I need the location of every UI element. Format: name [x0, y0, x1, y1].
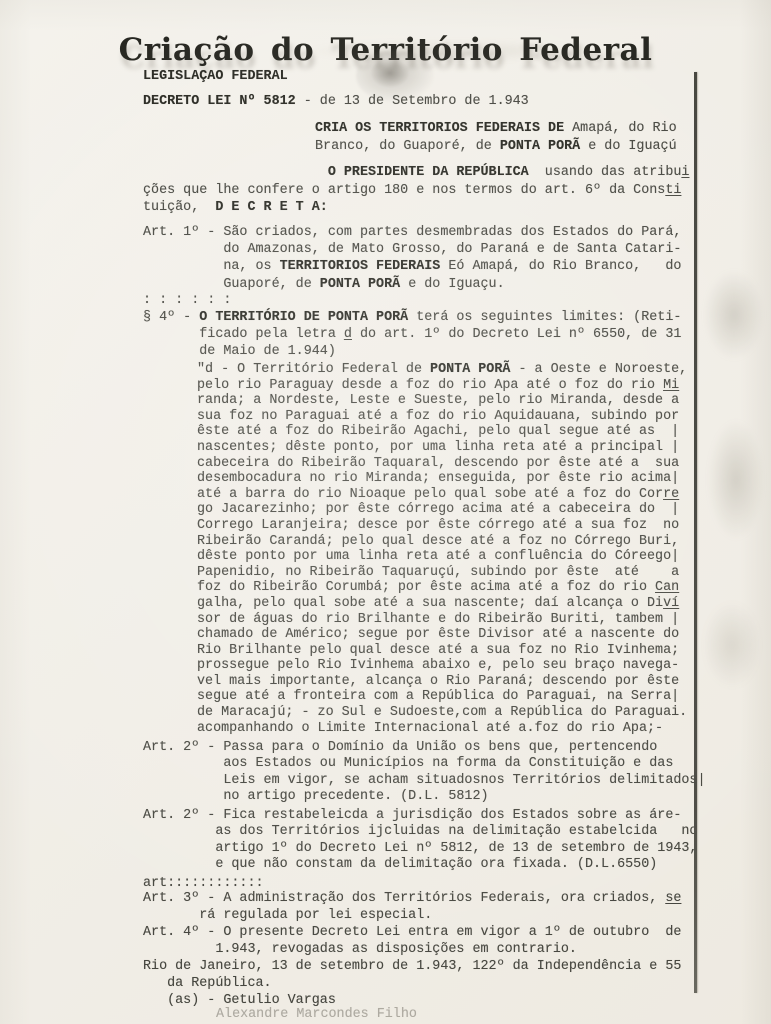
text-line: acompanhando o Limite Internacional até …: [197, 721, 687, 737]
text-segment: e do Iguaçú: [580, 139, 676, 154]
text-line: foz do Ribeirão Corumbá; por êste acima …: [197, 580, 687, 596]
text-segment: Art. 3º - A administração dos Território…: [143, 891, 665, 906]
emphasized-text: PONTA PORÃ: [320, 277, 400, 292]
text-line: cabeceira do Ribeirão Taquaral, descendo…: [197, 456, 687, 472]
underlined-text: ti: [665, 183, 681, 198]
text-line: tuição, D E C R E T A:: [143, 199, 689, 217]
text-line: : : : : : :: [143, 292, 231, 309]
text-line: nascentes; dêste ponto, por uma linha re…: [197, 440, 687, 456]
text-line: Papenidio, no Ribeirão Taquaruçú, subind…: [197, 565, 687, 581]
text-line: e que não constam da delimitação ora fix…: [143, 857, 697, 873]
underlined-text: Mi: [663, 378, 679, 393]
text-line: êste até a foz do Ribeirão Agachi, pelo …: [197, 424, 687, 440]
text-line: pelo rio Paraguay desde a foz do rio Apa…: [197, 378, 687, 394]
text-segment: [143, 165, 328, 180]
text-line: até a barra do rio Nioaque pelo qual sob…: [197, 487, 687, 503]
text-line: Art. 3º - A administração dos Território…: [143, 890, 681, 907]
emphasized-text: D E C R E T A:: [215, 200, 328, 215]
text-segment: Branco, do Guaporé, de: [315, 139, 500, 154]
text-line: dêste ponto por uma linha reta até a con…: [197, 549, 687, 565]
text-line: randa; a Nordeste, Leste e Sueste, pelo …: [197, 393, 687, 409]
paragraph-4: § 4º - O TERRITÓRIO DE PONTA PORÃ terá o…: [143, 309, 681, 361]
underlined-text: re: [663, 487, 679, 502]
text-line: CRIA OS TERRITORIOS FEDERAIS DE Amapá, d…: [315, 120, 677, 138]
text-line: no artigo precedente. (D.L. 5812): [143, 789, 706, 805]
emphasized-text: CRIA OS TERRITORIOS FEDERAIS DE: [315, 121, 564, 136]
text-line: Alexandre Marcondes Filho: [216, 1006, 417, 1017]
text-segment: § 4º -: [143, 310, 199, 325]
territory-limits-quote: "d - O Território Federal de PONTA PORÃ …: [197, 362, 687, 736]
text-line: segue até a fronteira com a República do…: [197, 689, 687, 705]
text-line: sua foz no Paraguai até a foz do rio Aqu…: [197, 409, 687, 425]
text-line: aos Estados ou Municípios na forma da Co…: [143, 756, 706, 772]
text-segment: na, os: [143, 259, 280, 274]
underlined-text: Can: [655, 580, 679, 595]
text-segment: ções que lhe confere o artigo 180 e nos …: [143, 183, 665, 198]
text-line: artigo 1º do Decreto Lei nº 5812, de 13 …: [143, 841, 697, 857]
text-segment: Eó Amapá, do Rio Branco, do: [440, 259, 681, 274]
preamble-paragraph: O PRESIDENTE DA REPÚBLICA usando das atr…: [143, 164, 689, 217]
text-segment: ficado pela letra: [143, 327, 344, 342]
ink-smudge: [370, 58, 410, 88]
scan-margin-rule: [694, 72, 697, 993]
text-segment: galha, pelo qual sobe até a sua nascente…: [197, 596, 663, 611]
text-line: da República.: [143, 975, 681, 992]
text-segment: tuição,: [143, 200, 215, 215]
text-segment: terá os seguintes limites: (Reti-: [408, 310, 681, 325]
underlined-text: ví: [663, 596, 679, 611]
article-1: Art. 1º - São criados, com partes desmem…: [143, 224, 681, 293]
emphasized-text: PONTA PORÃ: [430, 362, 510, 377]
text-segment: - a Oeste e Noroeste,: [510, 362, 687, 377]
decree-number-line: DECRETO LEI Nº 5812 - de 13 de Setembro …: [143, 93, 529, 111]
text-line: Art. 2º - Fica restabeleicda a jurisdiçã…: [143, 808, 697, 824]
text-line: sor de águas do rio Brilhante e do Ribei…: [197, 612, 687, 628]
text-line: Leis em vigor, se acham situadosnos Terr…: [143, 773, 706, 789]
closing-and-signature: Rio de Janeiro, 13 de setembro de 1.943,…: [143, 958, 681, 1010]
article-2-dl5812: Art. 2º - Passa para o Domínio da União …: [143, 740, 706, 805]
text-line: chamado de Américo; segue por êste Divis…: [197, 627, 687, 643]
text-line: vel mais importante, alcança o Rio Paran…: [197, 674, 687, 690]
text-line: ficado pela letra d do art. 1º do Decret…: [143, 326, 681, 343]
bleed-through-mark: [708, 420, 764, 540]
text-line: galha, pelo qual sobe até a sua nascente…: [197, 596, 687, 612]
text-line: Art. 4º - O presente Decreto Lei entra e…: [143, 924, 681, 941]
article-3: Art. 3º - A administração dos Território…: [143, 890, 681, 924]
legislation-header: LEGISLAÇAO FEDERAL: [143, 68, 288, 86]
text-line: rá regulada por lei especial.: [143, 907, 681, 924]
text-segment: Amapá, do Rio: [564, 121, 677, 136]
text-segment: - de 13 de Setembro de 1.943: [296, 94, 529, 109]
text-line: Branco, do Guaporé, de PONTA PORÃ e do I…: [315, 138, 677, 156]
text-line: prossegue pelo Rio Ivinhema abaixo e, pe…: [197, 658, 687, 674]
text-segment: foz do Ribeirão Corumbá; por êste acima …: [197, 580, 655, 595]
text-line: Guaporé, de PONTA PORÃ e do Iguaçu.: [143, 276, 681, 293]
text-line: do Amazonas, de Mato Grosso, do Paraná e…: [143, 241, 681, 258]
underlined-text: i: [681, 165, 689, 180]
article-2-dl6550: Art. 2º - Fica restabeleicda a jurisdiçã…: [143, 808, 697, 873]
decree-summary: CRIA OS TERRITORIOS FEDERAIS DE Amapá, d…: [315, 120, 677, 155]
bleed-through-mark: [702, 600, 762, 690]
emphasized-text: TERRITORIOS FEDERAIS: [280, 259, 441, 274]
text-line: na, os TERRITORIOS FEDERAIS Eó Amapá, do…: [143, 258, 681, 275]
text-line: Art. 2º - Passa para o Domínio da União …: [143, 740, 706, 756]
text-segment: do art. 1º do Decreto Lei nº 6550, de 31: [352, 327, 681, 342]
text-line: Ribeirão Carandá; pelo qual desce até a …: [197, 534, 687, 550]
text-line: desembocadura no rio Miranda; enseguida,…: [197, 471, 687, 487]
text-line: de Maio de 1.944): [143, 343, 681, 360]
underlined-text: d: [344, 327, 352, 342]
text-line: go Jacarezinho; por êste córrego acima a…: [197, 502, 687, 518]
text-line: Rio de Janeiro, 13 de setembro de 1.943,…: [143, 958, 681, 975]
second-signature-faded: Alexandre Marcondes Filho: [216, 1006, 417, 1017]
text-line: ções que lhe confere o artigo 180 e nos …: [143, 182, 689, 200]
text-line: DECRETO LEI Nº 5812 - de 13 de Setembro …: [143, 93, 529, 111]
text-line: Art. 1º - São criados, com partes desmem…: [143, 224, 681, 241]
text-segment: até a barra do rio Nioaque pelo qual sob…: [197, 487, 663, 502]
scanned-document-page: Criação do Território Federal LEGISLAÇAO…: [0, 0, 771, 1024]
text-segment: usando das atribu: [529, 165, 682, 180]
text-line: O PRESIDENTE DA REPÚBLICA usando das atr…: [143, 164, 689, 182]
text-segment: e do Iguaçu.: [400, 277, 504, 292]
emphasized-text: PONTA PORÃ: [500, 139, 580, 154]
text-segment: "d - O Território Federal de: [197, 362, 430, 377]
text-line: § 4º - O TERRITÓRIO DE PONTA PORÃ terá o…: [143, 309, 681, 326]
bleed-through-mark: [704, 270, 764, 360]
text-line: Rio Brilhante pelo qual desce até a sua …: [197, 643, 687, 659]
emphasized-text: LEGISLAÇAO FEDERAL: [143, 69, 288, 84]
text-line: 1.943, revogadas as disposições em contr…: [143, 941, 681, 958]
emphasized-text: O TERRITÓRIO DE PONTA PORÃ: [199, 310, 408, 325]
underlined-text: se: [665, 891, 681, 906]
emphasized-text: O PRESIDENTE DA REPÚBLICA: [328, 165, 529, 180]
text-line: de Maracajú; - zo Sul e Sudoeste,com a R…: [197, 705, 687, 721]
text-line: as dos Territórios ijcluidas na delimita…: [143, 824, 697, 840]
text-line: Corrego Laranjeira; desce por êste córre…: [197, 518, 687, 534]
text-line: "d - O Território Federal de PONTA PORÃ …: [197, 362, 687, 378]
separator-colons: : : : : : :: [143, 292, 231, 309]
text-line: LEGISLAÇAO FEDERAL: [143, 68, 288, 86]
text-segment: Guaporé, de: [143, 277, 320, 292]
emphasized-text: DECRETO LEI Nº 5812: [143, 94, 296, 109]
text-segment: pelo rio Paraguay desde a foz do rio Apa…: [197, 378, 663, 393]
